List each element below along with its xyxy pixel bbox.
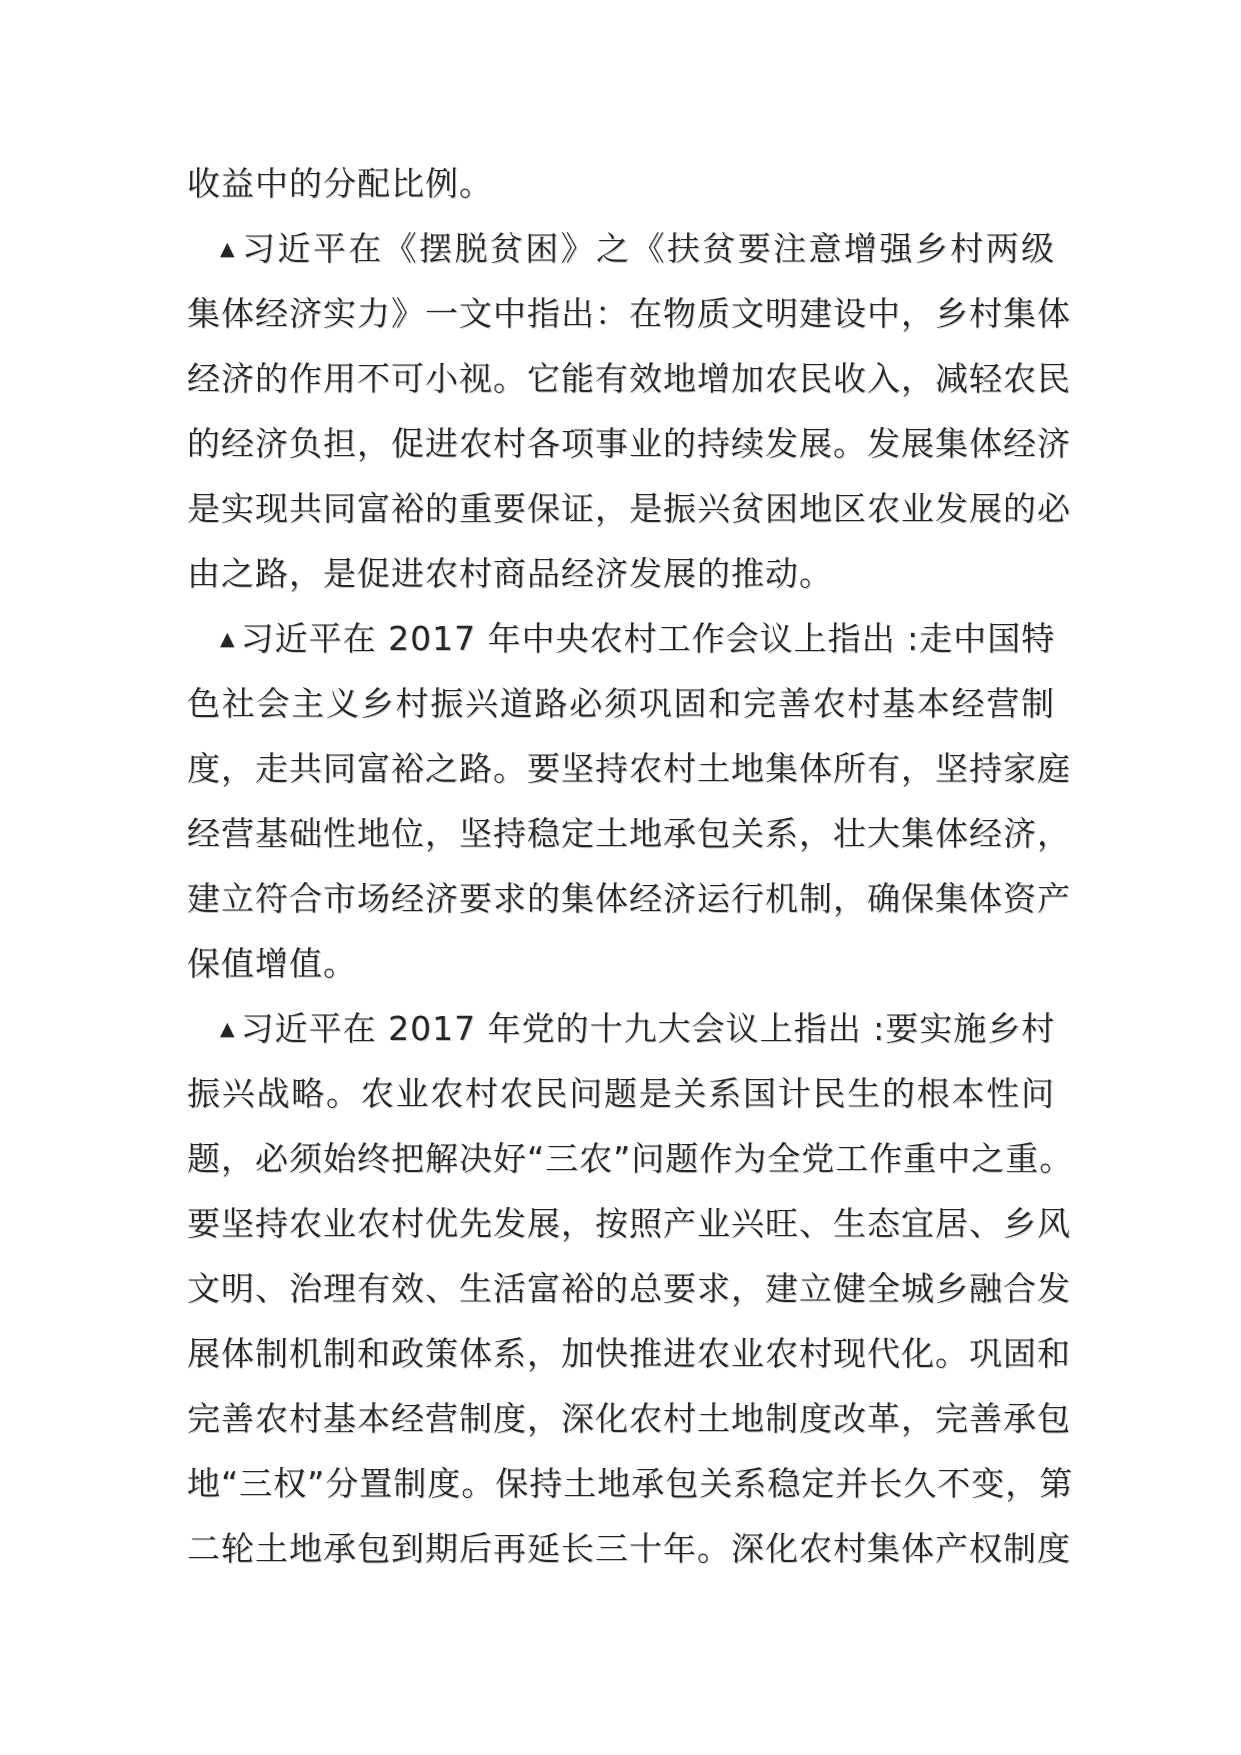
text-line: 建立符合市场经济要求的集体经济运行机制，确保集体资产 (187, 866, 1055, 931)
text-line: 经营基础性地位，坚持稳定土地承包关系，壮大集体经济， (187, 801, 1055, 866)
paragraph: ▲习近平在 2017 年党的十九大会议上指出 :要实施乡村 振兴战略。农业农村农… (187, 996, 1055, 1581)
text-line-text: 习近平在 2017 年中央农村工作会议上指出 :走中国特 (241, 619, 1056, 658)
text-line: ▲习近平在《摆脱贫困》之《扶贫要注意增强乡村两级 (187, 216, 1055, 281)
paragraph: ▲习近平在 2017 年中央农村工作会议上指出 :走中国特 色社会主义乡村振兴道… (187, 606, 1055, 996)
text-line: 的经济负担，促进农村各项事业的持续发展。发展集体经济 (187, 411, 1055, 476)
text-line: 由之路，是促进农村商品经济发展的推动。 (187, 541, 1055, 606)
text-line: 收益中的分配比例。 (187, 151, 1055, 216)
document-page: 收益中的分配比例。 ▲习近平在《摆脱贫困》之《扶贫要注意增强乡村两级 集体经济实… (187, 151, 1055, 1581)
text-line: 集体经济实力》一文中指出：在物质文明建设中，乡村集体 (187, 281, 1055, 346)
text-line: ▲习近平在 2017 年中央农村工作会议上指出 :走中国特 (187, 606, 1055, 671)
text-line: 文明、治理有效、生活富裕的总要求，建立健全城乡融合发 (187, 1256, 1055, 1321)
bullet-triangle-icon: ▲ (220, 217, 236, 282)
text-line-text: 习近平在 2017 年党的十九大会议上指出 :要实施乡村 (241, 1009, 1056, 1048)
text-line: 二轮土地承包到期后再延长三十年。深化农村集体产权制度 (187, 1516, 1055, 1581)
text-line: ▲习近平在 2017 年党的十九大会议上指出 :要实施乡村 (187, 996, 1055, 1061)
paragraph: 收益中的分配比例。 (187, 151, 1055, 216)
text-line: 保值增值。 (187, 931, 1055, 996)
text-line: 题，必须始终把解决好“三农”问题作为全党工作重中之重。 (187, 1126, 1055, 1191)
text-line: 要坚持农业农村优先发展，按照产业兴旺、生态宜居、乡风 (187, 1191, 1055, 1256)
text-line: 色社会主义乡村振兴道路必须巩固和完善农村基本经营制 (187, 671, 1055, 736)
text-line: 是实现共同富裕的重要保证，是振兴贫困地区农业发展的必 (187, 476, 1055, 541)
text-line: 振兴战略。农业农村农民问题是关系国计民生的根本性问 (187, 1061, 1055, 1126)
text-line: 展体制机制和政策体系，加快推进农业农村现代化。巩固和 (187, 1321, 1055, 1386)
text-line: 经济的作用不可小视。它能有效地增加农民收入，减轻农民 (187, 346, 1055, 411)
bullet-triangle-icon: ▲ (220, 607, 236, 672)
paragraph: ▲习近平在《摆脱贫困》之《扶贫要注意增强乡村两级 集体经济实力》一文中指出：在物… (187, 216, 1055, 606)
text-line-text: 习近平在《摆脱贫困》之《扶贫要注意增强乡村两级 (241, 229, 1055, 268)
text-line: 度，走共同富裕之路。要坚持农村土地集体所有，坚持家庭 (187, 736, 1055, 801)
text-line: 完善农村基本经营制度，深化农村土地制度改革，完善承包 (187, 1386, 1055, 1451)
bullet-triangle-icon: ▲ (220, 997, 236, 1062)
text-line: 地“三权”分置制度。保持土地承包关系稳定并长久不变，第 (187, 1451, 1055, 1516)
